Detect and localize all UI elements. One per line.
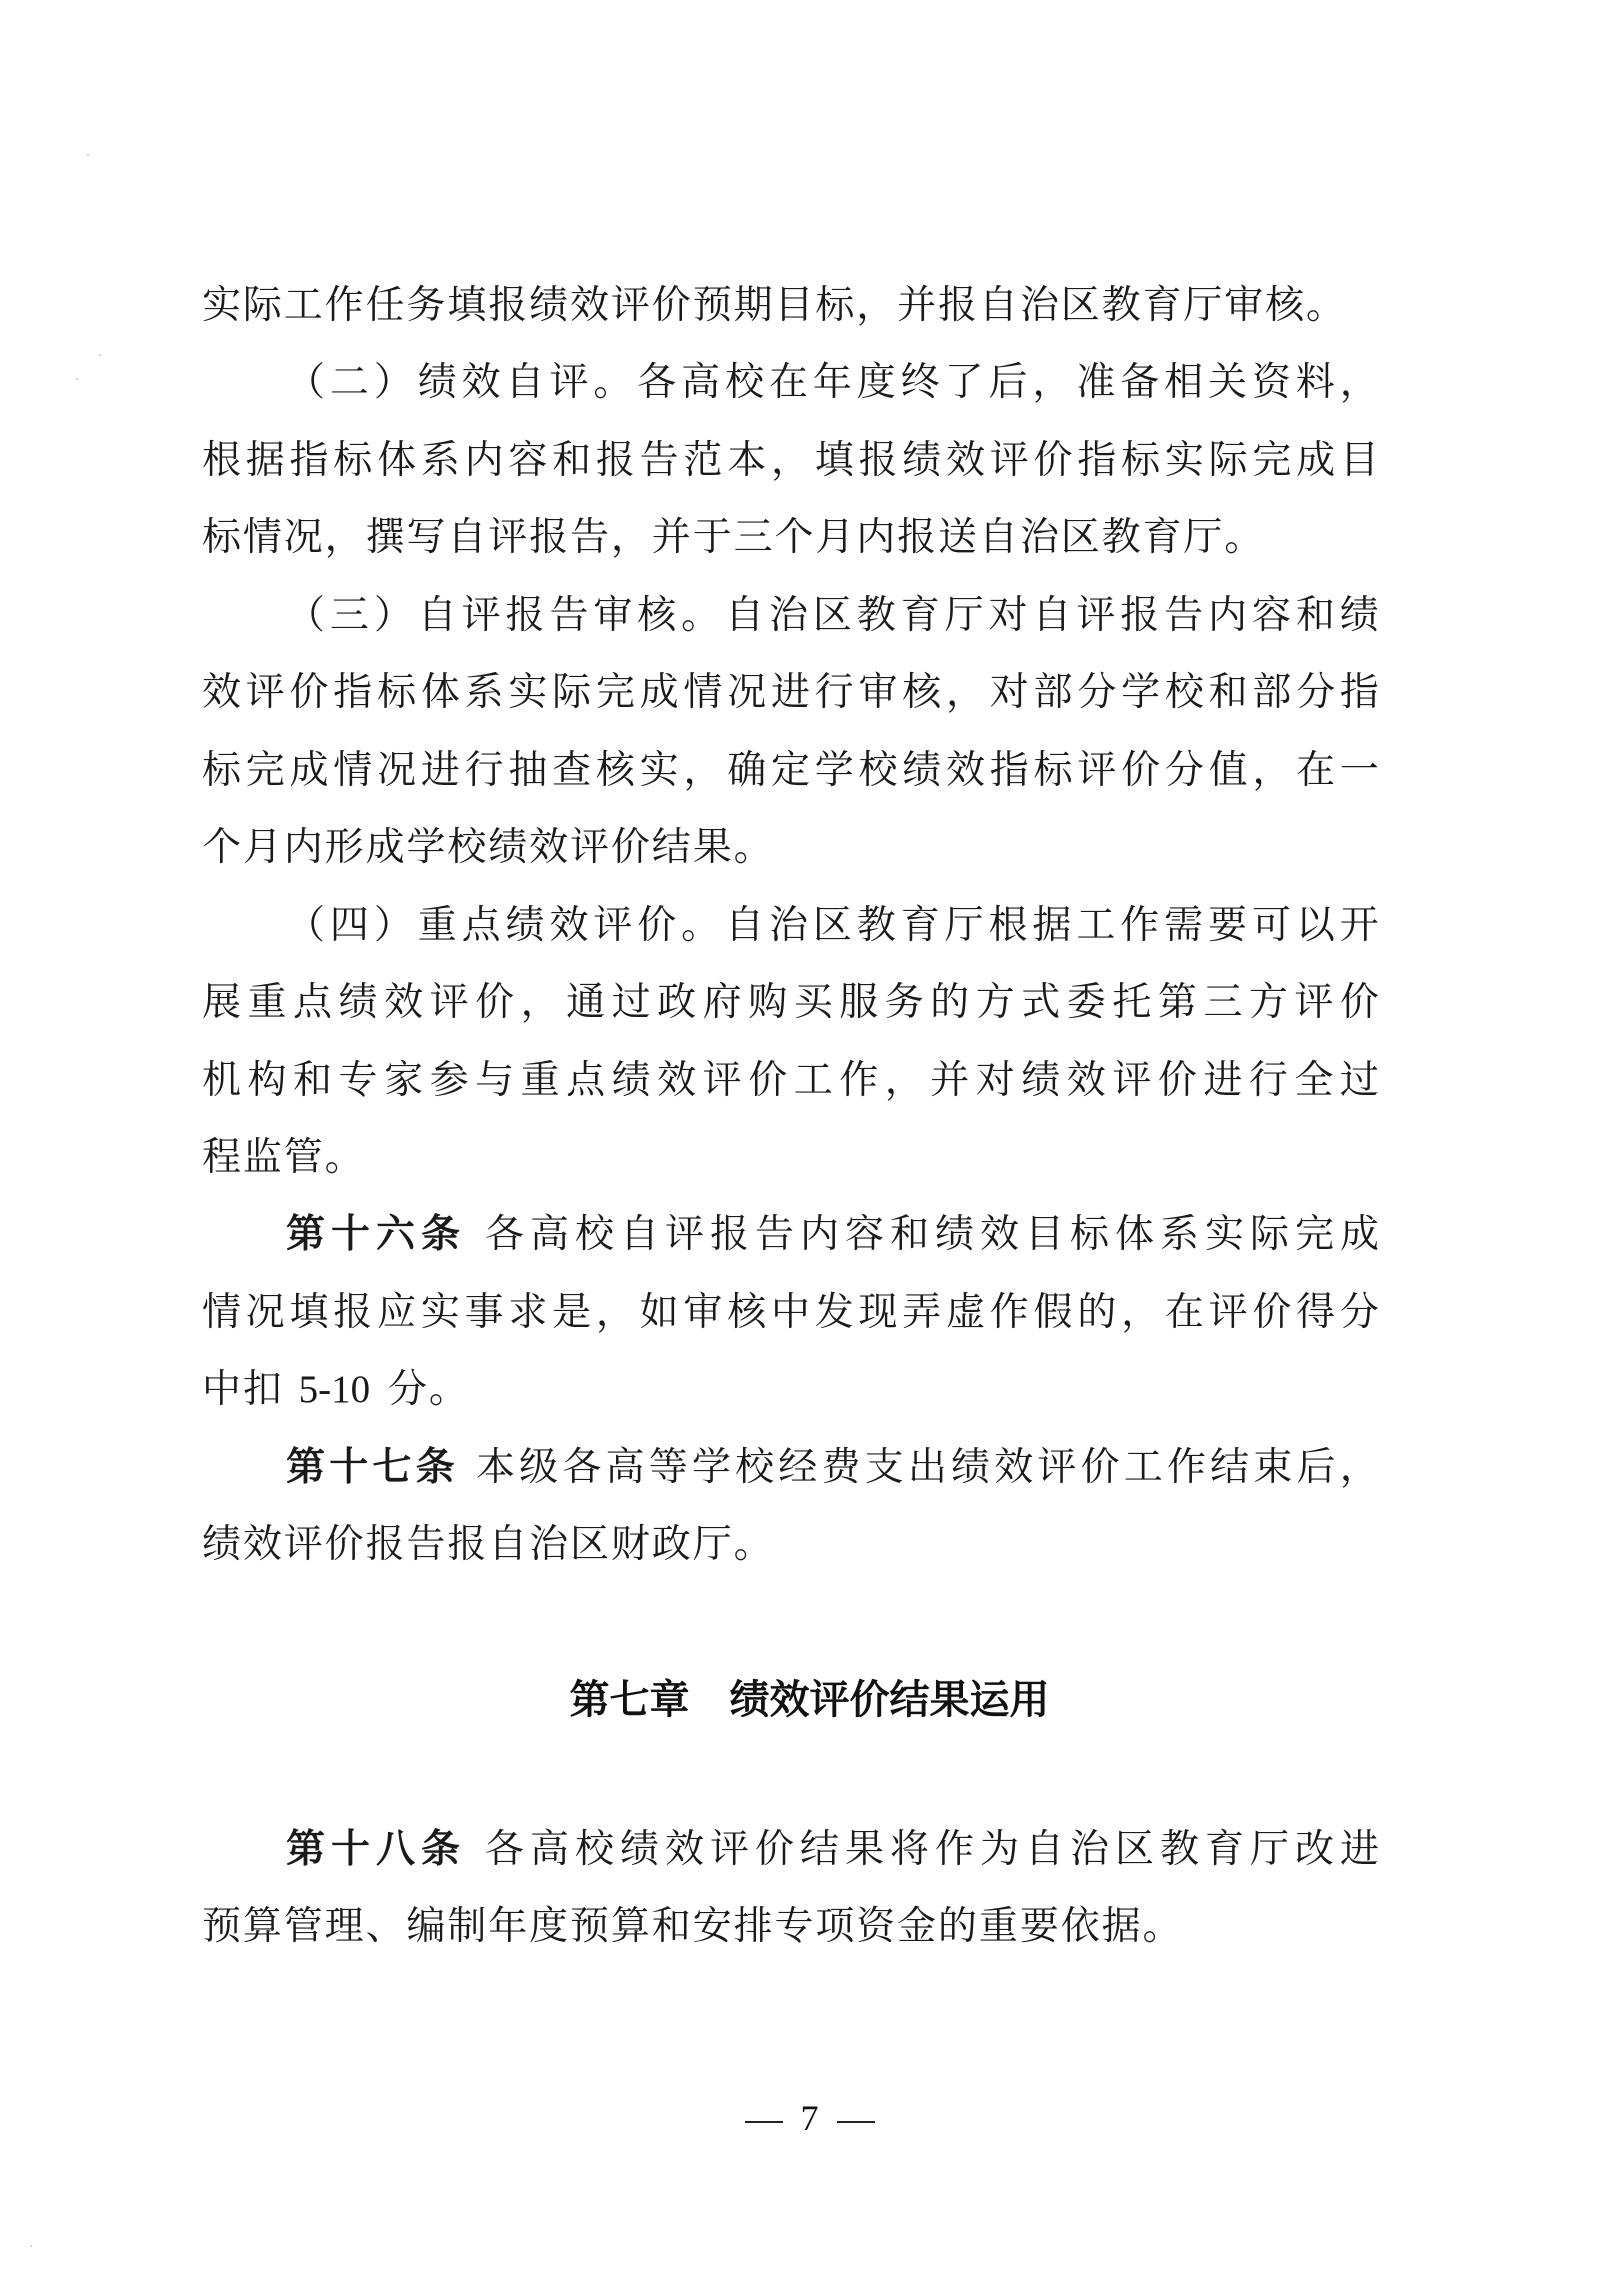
text-char: 评: [246, 670, 284, 716]
text-char: 价: [1158, 1058, 1196, 1104]
text-char: 相: [1164, 360, 1202, 406]
text-char: 内: [1208, 593, 1246, 639]
text-char: 学: [1121, 670, 1159, 716]
text-char: 报: [333, 1290, 371, 1336]
text-char: 果: [693, 825, 731, 871]
text-char: 自: [447, 515, 485, 561]
text-char: 自: [1032, 593, 1070, 639]
text-char: 教: [857, 593, 895, 639]
text-line: 程监管。: [202, 1135, 366, 1181]
text-char: 效: [946, 748, 984, 794]
text-char: 况: [284, 515, 322, 561]
text-char: 部: [1034, 670, 1072, 716]
text-char: 预: [693, 283, 731, 329]
text-char: 为: [980, 1827, 1018, 1873]
text-char: 厅: [693, 1522, 731, 1568]
text-char: 治: [1020, 283, 1058, 329]
article-number-char: 条: [421, 1212, 459, 1258]
text-char: 于: [693, 515, 731, 561]
text-char: 本: [727, 438, 765, 484]
text-char: 厅: [1183, 283, 1221, 329]
text-char: 评: [593, 903, 631, 949]
text-char: 委: [1067, 980, 1105, 1026]
text-char: 度: [529, 1904, 567, 1950]
text-char: 核: [637, 593, 675, 639]
text-char: 标: [202, 515, 240, 561]
text-char: 治: [769, 593, 807, 639]
text-char: 作: [325, 283, 363, 329]
text-char: 式: [1021, 980, 1059, 1026]
right-dash: [837, 2121, 875, 2123]
text-char: 各: [562, 1445, 600, 1491]
text-char: 管: [284, 1904, 322, 1950]
article-number-char: 条: [421, 1827, 459, 1873]
text-char: 高: [530, 1212, 568, 1258]
text-line: 标完成情况进行抽查核实，确定学校绩效指标评价分值，在一: [202, 748, 1378, 794]
text-char: 的: [930, 980, 968, 1026]
text-char: 评: [710, 1827, 748, 1873]
text-char: 自: [725, 903, 763, 949]
text-char: 查: [552, 748, 590, 794]
text-char: 部: [1252, 670, 1290, 716]
text-char: 校: [575, 1827, 613, 1873]
text-char: 发: [815, 1290, 853, 1336]
text-char: 扣: [243, 1367, 281, 1413]
text-char: 准: [1076, 360, 1114, 406]
text-char: 以: [1296, 903, 1334, 949]
text-char: 据: [1102, 1904, 1140, 1950]
text-char: 绩: [506, 903, 544, 949]
text-char: 三: [1203, 980, 1241, 1026]
text-char: 况: [246, 1290, 284, 1336]
text-char: 。: [429, 1367, 467, 1413]
text-char: 确: [727, 748, 765, 794]
article-number-char: 十: [331, 1827, 369, 1873]
text-char: 核: [727, 1290, 765, 1336]
text-char: 内: [284, 825, 322, 871]
text-char: 标: [1034, 748, 1072, 794]
text-char: 结: [1210, 1445, 1248, 1491]
text-char: 系: [1160, 1212, 1198, 1258]
text-char: 任: [366, 283, 404, 329]
text-char: 在: [1165, 1290, 1203, 1336]
text-char: 评: [462, 593, 500, 639]
text-char: 校: [725, 360, 763, 406]
document-page: 实际工作任务填报绩效评价预期目标，并报自治区教育厅审核。（二）绩效自评。各高校在…: [0, 0, 1619, 2289]
text-char: 料: [1296, 360, 1334, 406]
text-char: 重: [521, 1058, 559, 1104]
text-char: 在: [1296, 748, 1334, 794]
text-char: 将: [890, 1827, 928, 1873]
text-char: 终: [901, 360, 939, 406]
text-char: 根: [202, 438, 240, 484]
text-char: 审: [593, 593, 631, 639]
text-char: 程: [202, 1135, 240, 1181]
text-char: 治: [769, 903, 807, 949]
text-char: 本: [476, 1445, 514, 1491]
text-char: 和: [652, 1904, 690, 1950]
text-char: 价: [325, 1522, 363, 1568]
text-char: 价: [611, 825, 649, 871]
text-char: 标: [202, 748, 240, 794]
text-char: 标: [1070, 1212, 1108, 1258]
text-char: 系: [421, 438, 459, 484]
text-char: 撰: [366, 515, 404, 561]
article-number-char: 第: [286, 1445, 324, 1491]
text-char: 算: [243, 1904, 281, 1950]
text-char: 核: [596, 748, 634, 794]
text-char: 绩: [202, 1522, 240, 1568]
text-char: 填: [290, 1290, 328, 1336]
text-char: 完: [246, 748, 284, 794]
text-char: 个: [774, 515, 812, 561]
text-char: 后: [1297, 1445, 1335, 1491]
text-char: 弄: [902, 1290, 940, 1336]
text-char: 和: [890, 1212, 928, 1258]
text-char: 目: [1025, 1212, 1063, 1258]
text-char: 行: [1249, 1058, 1287, 1104]
text-char: 工: [1124, 1445, 1162, 1491]
text-char: 并: [930, 1058, 968, 1104]
text-char: 自: [979, 515, 1017, 561]
text-char: 效: [384, 980, 422, 1026]
text-char: 厅: [945, 593, 983, 639]
text-char: 预: [202, 1904, 240, 1950]
text-char: 报: [1120, 593, 1158, 639]
article-number-char: 条: [416, 1445, 454, 1491]
text-char: 价: [1121, 748, 1159, 794]
text-char: 标: [377, 670, 415, 716]
text-char: 教: [1102, 283, 1140, 329]
text-char: 评: [488, 515, 526, 561]
article-number-char: 七: [372, 1445, 410, 1491]
text-char: 安: [693, 1904, 731, 1950]
text-char: 实: [640, 748, 678, 794]
text-char: 核: [902, 670, 940, 716]
text-char: 结: [652, 825, 690, 871]
text-char: 月: [243, 825, 281, 871]
article-number-char: 第: [286, 1827, 324, 1873]
text-char: 成: [640, 670, 678, 716]
text-char: 容: [845, 1212, 883, 1258]
text-char: 高: [530, 1827, 568, 1873]
text-char: 月: [815, 515, 853, 561]
text-char: 指: [1077, 438, 1115, 484]
text-char: 评: [284, 1522, 322, 1568]
text-char: 评: [570, 825, 608, 871]
text-line: （三）自评报告审核。自治区教育厅对自评报告内容和绩: [286, 593, 1378, 639]
text-char: 对: [976, 1058, 1014, 1104]
text-char: 效: [529, 825, 567, 871]
text-char: 需: [1164, 903, 1202, 949]
text-char: 重: [418, 903, 456, 949]
text-char: 方: [1249, 980, 1287, 1026]
text-line: 个月内形成学校绩效评价结果。: [202, 825, 774, 871]
text-char: ）: [374, 903, 412, 949]
text-char: 方: [976, 980, 1014, 1026]
text-char: 行: [465, 748, 503, 794]
text-char: 报: [710, 1212, 748, 1258]
text-char: 分: [1165, 748, 1203, 794]
text-char: 资: [856, 1904, 894, 1950]
text-char: 成: [1340, 1212, 1378, 1258]
text-char: 评: [665, 1212, 703, 1258]
text-char: 系: [465, 670, 503, 716]
text-char: 期: [734, 283, 772, 329]
text-char: 际: [1250, 1212, 1288, 1258]
text-char: 绩: [902, 438, 940, 484]
text-char: 绩: [339, 980, 377, 1026]
text-char: 容: [508, 438, 546, 484]
text-char: 自: [488, 1522, 526, 1568]
text-char: 告: [570, 515, 608, 561]
text-char: 重: [248, 980, 286, 1026]
text-char: 况: [727, 670, 765, 716]
text-char: 的: [1077, 1290, 1115, 1336]
text-char: 价: [290, 670, 328, 716]
text-char: 关: [1208, 360, 1246, 406]
text-char: 进: [1340, 1827, 1378, 1873]
scan-speck: [30, 2245, 32, 2247]
text-char: 点: [293, 980, 331, 1026]
text-char: 效: [202, 670, 240, 716]
text-char: 与: [475, 1058, 513, 1104]
text-char: 学: [815, 748, 853, 794]
text-char: 送: [938, 515, 976, 561]
text-char: 一: [1340, 748, 1378, 794]
text-char: 了: [945, 360, 983, 406]
text-char: 报: [938, 283, 976, 329]
text-char: 效: [243, 1522, 281, 1568]
text-char: 据: [246, 438, 284, 484]
text-char: 育: [901, 903, 939, 949]
text-char: 买: [794, 980, 832, 1026]
text-char: 完: [596, 670, 634, 716]
text-char: 抽: [508, 748, 546, 794]
text-char: 机: [202, 1058, 240, 1104]
text-line: 第十七条 本级各高等学校经费支出绩效评价工作结束后，: [286, 1445, 1378, 1491]
text-char: 目: [1340, 438, 1378, 484]
text-char: 报: [858, 438, 896, 484]
text-char: 情: [202, 1290, 240, 1336]
article-number-char: 八: [376, 1827, 414, 1873]
text-line: 效评价指标体系实际完成情况进行审核，对部分学校和部分指: [202, 670, 1378, 716]
text-char: 指: [333, 670, 371, 716]
text-char: 绩: [935, 1212, 973, 1258]
text-char: 。: [734, 825, 772, 871]
text-line: 第十六条 各高校自评报告内容和绩效目标体系实际完成: [286, 1212, 1378, 1258]
text-char: 绩: [488, 825, 526, 871]
text-char: 。: [1306, 283, 1344, 329]
text-char: ）: [374, 360, 412, 406]
text-char: 。: [325, 1135, 363, 1181]
text-char: 校: [735, 1445, 773, 1491]
text-char: 效: [657, 1058, 695, 1104]
text-char: 托: [1112, 980, 1150, 1026]
text-char: 府: [703, 980, 741, 1026]
text-char: ，: [1032, 360, 1070, 406]
text-char: 自: [979, 283, 1017, 329]
text-char: 评: [1112, 1058, 1150, 1104]
text-char: 报: [488, 283, 526, 329]
text-char: 分: [388, 1367, 426, 1413]
text-char: 价: [755, 1827, 793, 1873]
text-char: 目: [774, 283, 812, 329]
text-char: ，: [1340, 360, 1378, 406]
text-line: （二）绩效自评。各高校在年度终了后，准备相关资料，: [286, 360, 1378, 406]
text-char: 绩: [529, 283, 567, 329]
text-char: 构: [248, 1058, 286, 1104]
text-line: 标情况，撰写自评报告，并于三个月内报送自治区教育厅。: [202, 515, 1265, 561]
text-char: 育: [1142, 515, 1180, 561]
text-char: 容: [1252, 593, 1290, 639]
text-char: 绩: [1021, 1058, 1059, 1104]
text-char: 成: [290, 748, 328, 794]
text-char: 如: [640, 1290, 678, 1336]
text-char: 并: [652, 515, 690, 561]
text-char: 区: [813, 593, 851, 639]
text-char: 管: [284, 1135, 322, 1181]
text-char: 和: [293, 1058, 331, 1104]
text-char: 三: [734, 515, 772, 561]
text-char: 三: [330, 593, 368, 639]
text-char: 的: [938, 1904, 976, 1950]
text-char: 事: [465, 1290, 503, 1336]
text-char: 审: [858, 670, 896, 716]
text-char: （: [286, 903, 324, 949]
text-char: 项: [815, 1904, 853, 1950]
text-char: 报: [506, 593, 544, 639]
text-char: 报: [529, 515, 567, 561]
left-dash: [745, 2121, 783, 2123]
text-char: 四: [330, 903, 368, 949]
text-char: 制: [447, 1904, 485, 1950]
text-char: 分: [1296, 670, 1334, 716]
text-char: 自: [620, 1212, 658, 1258]
text-char: 绩: [1340, 593, 1378, 639]
text-char: 价: [637, 903, 675, 949]
text-char: 教: [1160, 1827, 1198, 1873]
text-char: 开: [1340, 903, 1378, 949]
text-char: 。: [681, 593, 719, 639]
text-char: 点: [462, 903, 500, 949]
text-char: ，: [1121, 1290, 1159, 1336]
text-char: 评: [1077, 748, 1115, 794]
text-char: 工: [1076, 903, 1114, 949]
text-char: ，: [521, 980, 559, 1026]
text-char: 专: [339, 1058, 377, 1104]
text-line: （四）重点绩效评价。自治区教育厅根据工作需要可以开: [286, 903, 1378, 949]
chapter-number: 第七章: [570, 1677, 690, 1723]
text-char: 要: [1020, 1904, 1058, 1950]
page-number-footer: 7: [0, 2098, 1619, 2138]
text-char: 现: [858, 1290, 896, 1336]
text-char: 中: [771, 1290, 809, 1336]
text-char: 绩: [418, 360, 456, 406]
text-char: 区: [1115, 1827, 1153, 1873]
text-char: 告: [755, 1212, 793, 1258]
text-char: 级: [519, 1445, 557, 1491]
text-char: 审: [683, 1290, 721, 1336]
page-number: 7: [801, 2098, 819, 2138]
text-char: （: [286, 360, 324, 406]
text-char: 工: [284, 283, 322, 329]
text-char: 标: [815, 283, 853, 329]
text-line: 展重点绩效评价，通过政府购买服务的方式委托第三方评价: [202, 980, 1378, 1026]
text-char: 厅: [1250, 1827, 1288, 1873]
text-char: 排: [734, 1904, 772, 1950]
text-char: 完: [1295, 1212, 1333, 1258]
text-char: ，: [611, 515, 649, 561]
text-char: 。: [1224, 515, 1262, 561]
text-char: 报: [447, 1522, 485, 1568]
text-char: 价: [1081, 1445, 1119, 1491]
text-char: ，: [325, 515, 363, 561]
text-char: 对: [989, 593, 1027, 639]
text-char: ，: [885, 1058, 923, 1104]
text-line: 第十八条 各高校绩效评价结果将作为自治区教育厅改进: [286, 1827, 1378, 1873]
text-char: 资: [1252, 360, 1290, 406]
text-char: 价: [475, 980, 513, 1026]
text-char: ，: [1252, 748, 1290, 794]
text-char: 政: [657, 980, 695, 1026]
text-char: 价: [652, 283, 690, 329]
text-char: 通: [566, 980, 604, 1026]
text-line: 中扣 5-10 分。: [202, 1367, 470, 1413]
text-char: 分: [1340, 1290, 1378, 1336]
text-char: 过: [1340, 1058, 1378, 1104]
text-char: 效: [1067, 1058, 1105, 1104]
text-char: 后: [989, 360, 1027, 406]
text-char: 核: [1265, 283, 1303, 329]
text-char: 评: [1209, 1290, 1247, 1336]
text-char: 分: [1077, 670, 1115, 716]
text-char: 治: [1020, 515, 1058, 561]
text-char: 绩: [612, 1058, 650, 1104]
text-char: 重: [979, 1904, 1017, 1950]
text-char: 费: [821, 1445, 859, 1491]
text-char: 是: [552, 1290, 590, 1336]
text-line: 实际工作任务填报绩效评价预期目标，并报自治区教育厅审核。: [202, 283, 1347, 329]
text-char: 应: [377, 1290, 415, 1336]
text-char: ，: [771, 438, 809, 484]
text-char: 价: [1034, 438, 1072, 484]
text-char: 等: [649, 1445, 687, 1491]
article-number-char: 十: [331, 1212, 369, 1258]
text-char: 实: [202, 283, 240, 329]
text-char: 经: [778, 1445, 816, 1491]
text-char: 支: [865, 1445, 903, 1491]
text-char: 进: [771, 670, 809, 716]
text-char: 并: [897, 283, 935, 329]
text-char: 指: [290, 438, 328, 484]
text-char: 评: [430, 980, 468, 1026]
text-char: 告: [406, 1522, 444, 1568]
text-char: 报: [596, 438, 634, 484]
text-char: 度: [857, 360, 895, 406]
text-char: 出: [908, 1445, 946, 1491]
text-char: 际: [552, 670, 590, 716]
scan-speck: [76, 378, 78, 380]
text-char: 据: [1032, 903, 1070, 949]
text-char: 绩: [620, 1827, 658, 1873]
text-char: 填: [447, 283, 485, 329]
text-char: 育: [1205, 1827, 1243, 1873]
text-char: 专: [774, 1904, 812, 1950]
chapter-title: 绩效评价结果运用: [730, 1677, 1050, 1723]
text-char: 作: [990, 1290, 1028, 1336]
text-char: 报: [366, 1522, 404, 1568]
